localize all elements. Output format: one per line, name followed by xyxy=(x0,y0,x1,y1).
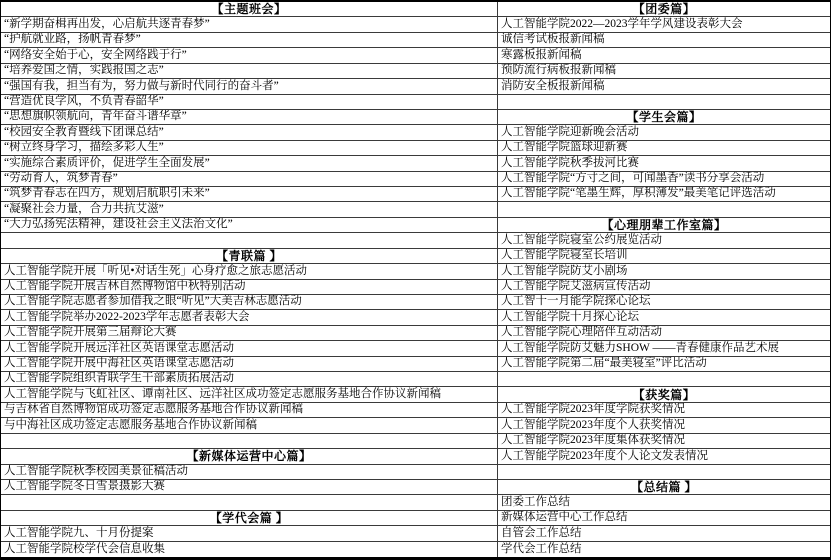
list-item: 人工智能学院秋季校园美景征稿活动 xyxy=(1,465,497,480)
empty-separator-row xyxy=(498,202,830,217)
list-item: 诚信考试板报新闻稿 xyxy=(498,33,830,48)
list-item: 自管会工作总结 xyxy=(498,526,830,541)
list-item: 人工智能学院“笔墨生辉，厚积薄发”最美笔记评选活动 xyxy=(498,187,830,202)
list-item: “培养爱国之情，实践报国之志” xyxy=(1,64,497,79)
list-item: 人工智能学院校学代会信息收集 xyxy=(1,542,497,557)
list-item: 人工智能学院开展中海社区英语课堂志愿活动 xyxy=(1,357,497,372)
list-item: 人工智能学院秋季拔河比赛 xyxy=(498,156,830,171)
list-item: 人工智能学院九、十月份提案 xyxy=(1,526,497,541)
section-header: 【学代会篇 】 xyxy=(1,511,497,526)
list-item: 人工智能学院组织青联学生干部素质拓展活动 xyxy=(1,372,497,387)
section-header: 【新媒体运营中心篇】 xyxy=(1,449,497,464)
list-item: 人工智能学院篮球迎新赛 xyxy=(498,141,830,156)
empty-separator-row xyxy=(498,95,830,110)
activities-summary-table: 【主题班会】“新学期奋楫再出发，心启航共逐青春梦”“护航就业路，扬帆青春梦”“网… xyxy=(0,0,831,560)
list-item: 人工智能学院第二届“最美寝室”评比活动 xyxy=(498,357,830,372)
list-item: 人工智能学院防艾小剧场 xyxy=(498,264,830,279)
list-item: 人工智能学院防艾魅力SHOW ——青春健康作品艺术展 xyxy=(498,341,830,356)
list-item: 预防流行病板报新闻稿 xyxy=(498,64,830,79)
list-item: “思想旗帜领航向，青年奋斗谱华章” xyxy=(1,110,497,125)
list-item: 与中海社区成功签定志愿服务基地合作协议新闻稿 xyxy=(1,418,497,433)
list-item: 人工智能学院冬日雪景摄影大赛 xyxy=(1,480,497,495)
list-item: 人工智能学院2023年度个人获奖情况 xyxy=(498,418,830,433)
section-header: 【获奖篇】 xyxy=(498,387,830,402)
list-item: “新学期奋楫再出发，心启航共逐青春梦” xyxy=(1,17,497,32)
list-item: 人工智能学院志愿者参加借我之眼“听见”大美吉林志愿活动 xyxy=(1,295,497,310)
empty-separator-row xyxy=(1,434,497,449)
list-item: 人工智能学院2023年度个人论文发表情况 xyxy=(498,449,830,464)
list-item: “营造优良学风，不负青春韶华” xyxy=(1,95,497,110)
list-item: 人工智能学院2023年度集体获奖情况 xyxy=(498,434,830,449)
section-header: 【青联篇 】 xyxy=(1,249,497,264)
list-item: 人工智能学院与飞虹社区、谭南社区、远洋社区成功签定志愿服务基地合作协议新闻稿 xyxy=(1,387,497,402)
list-item: 人工智能学院迎新晚会活动 xyxy=(498,125,830,140)
left-table-column: 【主题班会】“新学期奋楫再出发，心启航共逐青春梦”“护航就业路，扬帆青春梦”“网… xyxy=(1,2,498,557)
list-item: 人工智能学院艾滋病宣传活动 xyxy=(498,280,830,295)
list-item: 人工智能学院举办2022-2023学年志愿者表彰大会 xyxy=(1,310,497,325)
list-item: “网络安全始于心，安全网络践于行” xyxy=(1,48,497,63)
list-item: 人工智能学院开展「听见•对话生死」心身疗愈之旅志愿活动 xyxy=(1,264,497,279)
list-item: 与吉林省自然博物馆成功签定志愿服务基地合作协议新闻稿 xyxy=(1,403,497,418)
list-item: 人工智能学院寝室公约展览活动 xyxy=(498,233,830,248)
list-item: 新媒体运营中心工作总结 xyxy=(498,511,830,526)
list-item: 人工智能学院“方寸之间，可闻墨香”读书分享会活动 xyxy=(498,172,830,187)
list-item: 人工智能学院开展第三届辩论大赛 xyxy=(1,326,497,341)
list-item: “筑梦青春志在四方，规划启航职引未来” xyxy=(1,187,497,202)
list-item: “大力弘扬宪法精神，建设社会主义法治文化” xyxy=(1,218,497,233)
empty-separator-row xyxy=(1,495,497,510)
section-header: 【团委篇】 xyxy=(498,2,830,17)
list-item: 人工智能学院心理陪伴互动活动 xyxy=(498,326,830,341)
list-item: 学代会工作总结 xyxy=(498,542,830,557)
empty-separator-row xyxy=(498,372,830,387)
section-header: 【总结篇 】 xyxy=(498,480,830,495)
list-item: 人工智能学院开展吉林自然博物馆中秋特别活动 xyxy=(1,280,497,295)
list-item: 团委工作总结 xyxy=(498,495,830,510)
list-item: 人工智十一月能学院探心论坛 xyxy=(498,295,830,310)
section-header: 【主题班会】 xyxy=(1,2,497,17)
list-item: 人工智能学院寝室长培训 xyxy=(498,249,830,264)
list-item: 消防安全板报新闻稿 xyxy=(498,79,830,94)
list-item: “树立终身学习，描绘多彩人生” xyxy=(1,141,497,156)
list-item: 人工智能学院十月探心论坛 xyxy=(498,310,830,325)
section-header: 【学生会篇】 xyxy=(498,110,830,125)
list-item: “实施综合素质评价，促进学生全面发展” xyxy=(1,156,497,171)
list-item: “护航就业路，扬帆青春梦” xyxy=(1,33,497,48)
right-table-column: 【团委篇】人工智能学院2022—2023学年学风建设表彰大会诚信考试板报新闻稿寒… xyxy=(498,2,830,557)
list-item: 人工智能学院开展远洋社区英语课堂志愿活动 xyxy=(1,341,497,356)
list-item: “劳动育人，筑梦青春” xyxy=(1,172,497,187)
section-header: 【心理朋辈工作室篇】 xyxy=(498,218,830,233)
empty-separator-row xyxy=(498,465,830,480)
empty-separator-row xyxy=(1,233,497,248)
list-item: “校园安全教育暨线下团课总结” xyxy=(1,125,497,140)
list-item: “强国有我，担当有为，努力做与新时代同行的奋斗者” xyxy=(1,79,497,94)
list-item: 寒露板报新闻稿 xyxy=(498,48,830,63)
list-item: “凝聚社会力量，合力共抗艾滋” xyxy=(1,202,497,217)
list-item: 人工智能学院2023年度学院获奖情况 xyxy=(498,403,830,418)
list-item: 人工智能学院2022—2023学年学风建设表彰大会 xyxy=(498,17,830,32)
